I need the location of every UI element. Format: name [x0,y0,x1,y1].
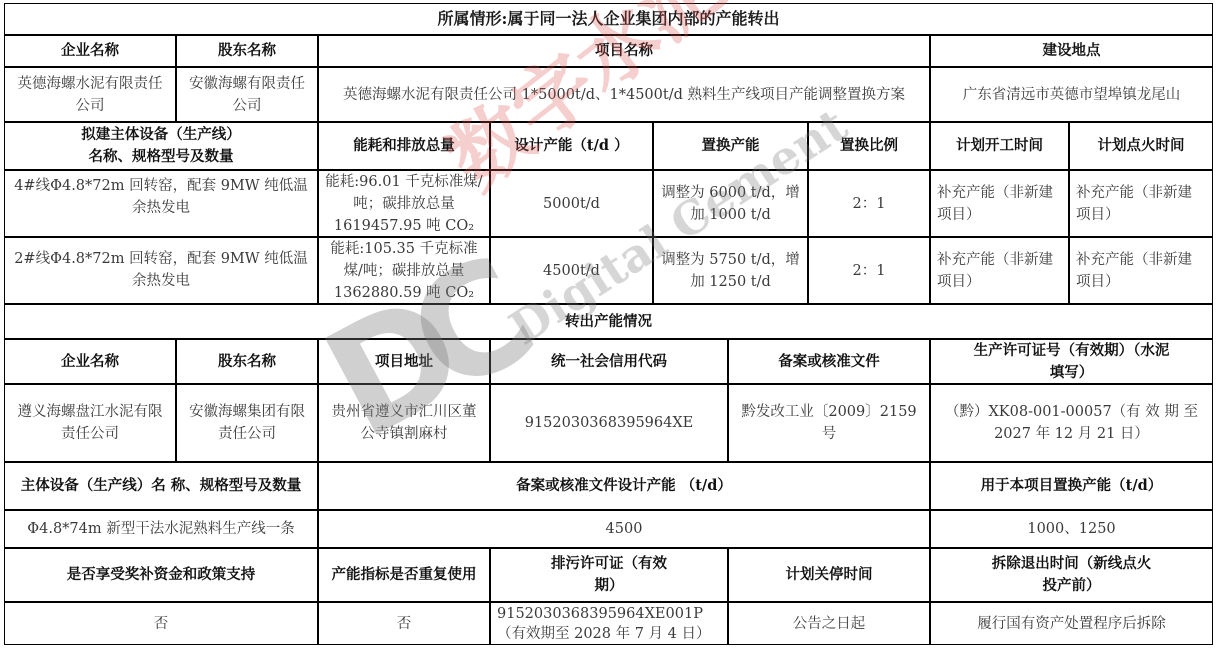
header-equipment: 拟建主体设备（生产线）名称、规格型号及数量 [4,122,318,170]
header-project-name: 项目名称 [318,35,930,67]
equipment-row-1-energy: 能耗:96.01 千克标准煤/吨；碳排放总量 1619457.95 吨 CO₂ [318,170,490,237]
transfer-license: （黔）XK08-001-00057（有 效 期 至 2027 年 12 月 21… [930,384,1213,462]
transfer-company: 遵义海螺盘江水泥有限责任公司 [4,384,176,462]
project-company: 英德海螺水泥有限责任公司 [4,67,176,122]
policy-header-reused: 产能指标是否重复使用 [318,548,490,602]
equipment-row-2-energy: 能耗:105.35 千克标准煤/吨；碳排放总量 1362880.59 吨 CO₂ [318,237,490,304]
transfer-header-address: 项目地址 [318,339,490,384]
transfer-section-title: 转出产能情况 [4,304,1213,339]
transfer-credit-code: 9152030368395964XE [490,384,728,462]
transfer-header-shareholder: 股东名称 [176,339,318,384]
policy-shutdown: 公告之日起 [728,602,930,645]
equipment-row-1-replacement: 调整为 6000 t/d，增加 1000 t/d [653,170,808,237]
project-location: 广东省清远市英德市望埠镇龙尾山 [930,67,1213,122]
policy-reused: 否 [318,602,490,645]
equipment-row-1-ignition: 补充产能（非新建项目） [1069,170,1213,237]
transfer-shareholder: 安徽海螺集团有限责任公司 [176,384,318,462]
policy-subsidy: 否 [4,602,318,645]
policy-header-subsidy: 是否享受奖补资金和政策支持 [4,548,318,602]
equipment-row-1-equipment: 4#线Φ4.8*72m 回转窑，配套 9MW 纯低温余热发电 [4,170,318,237]
equipment-row-2-ignition: 补充产能（非新建项目） [1069,237,1213,304]
transfer-equipment-header: 主体设备（生产线）名 称、规格型号及数量 [4,462,318,510]
project-name: 英德海螺水泥有限责任公司 1*5000t/d、1*4500t/d 熟料生产线项目… [318,67,930,122]
equipment-row-2-start: 补充产能（非新建项目） [930,237,1069,304]
header-start-time: 计划开工时间 [930,122,1069,170]
transfer-header-credit-code: 统一社会信用代码 [490,339,728,384]
transfer-used-capacity-header: 用于本项目置换产能（t/d） [930,462,1213,510]
policy-header-shutdown: 计划关停时间 [728,548,930,602]
header-company: 企业名称 [4,35,176,67]
header-design-capacity: 设计产能（t/d ） [490,122,653,170]
equipment-row-2-equipment: 2#线Φ4.8*72m 回转窑，配套 9MW 纯低温余热发电 [4,237,318,304]
header-shareholder: 股东名称 [176,35,318,67]
transfer-equipment-value: Φ4.8*74m 新型干法水泥熟料生产线一条 [4,510,318,548]
equipment-row-1-start: 补充产能（非新建项目） [930,170,1069,237]
equipment-row-1-ratio: 2：1 [808,170,930,237]
header-location: 建设地点 [930,35,1213,67]
policy-permit: 9152030368395964XE001P（有效期至 2028 年 7 月 4… [490,602,728,645]
transfer-header-company: 企业名称 [4,339,176,384]
header-ratio: 置换比例 [808,122,930,170]
policy-demolish: 履行国有资产处置程序后拆除 [930,602,1213,645]
transfer-design-capacity-value: 4500 [318,510,930,548]
header-energy: 能耗和排放总量 [318,122,490,170]
equipment-row-2-ratio: 2：1 [808,237,930,304]
equipment-row-1-design-capacity: 5000t/d [490,170,653,237]
project-shareholder: 安徽海螺有限责任公司 [176,67,318,122]
header-replacement-capacity: 置换产能 [653,122,808,170]
equipment-row-2-replacement: 调整为 5750 t/d，增加 1250 t/d [653,237,808,304]
transfer-header-license: 生产许可证号（有效期）（水泥填写） [930,339,1213,384]
transfer-approval-doc: 黔发改工业〔2009〕2159 号 [728,384,930,462]
policy-header-demolish: 拆除退出时间（新线点火投产前） [930,548,1213,602]
header-ignition-time: 计划点火时间 [1069,122,1213,170]
policy-header-permit: 排污许可证（有效期） [490,548,728,602]
transfer-address: 贵州省遵义市汇川区董公寺镇割麻村 [318,384,490,462]
capacity-replacement-table: 所属情形:属于同一法人企业集团内部的产能转出 企业名称 股东名称 项目名称 建设… [0,0,1217,649]
equipment-row-2-design-capacity: 4500t/d [490,237,653,304]
transfer-used-capacity-value: 1000、1250 [930,510,1213,548]
transfer-header-approval-doc: 备案或核准文件 [728,339,930,384]
table-title: 所属情形:属于同一法人企业集团内部的产能转出 [4,3,1213,35]
transfer-design-capacity-header: 备案或核准文件设计产能 （t/d） [318,462,930,510]
